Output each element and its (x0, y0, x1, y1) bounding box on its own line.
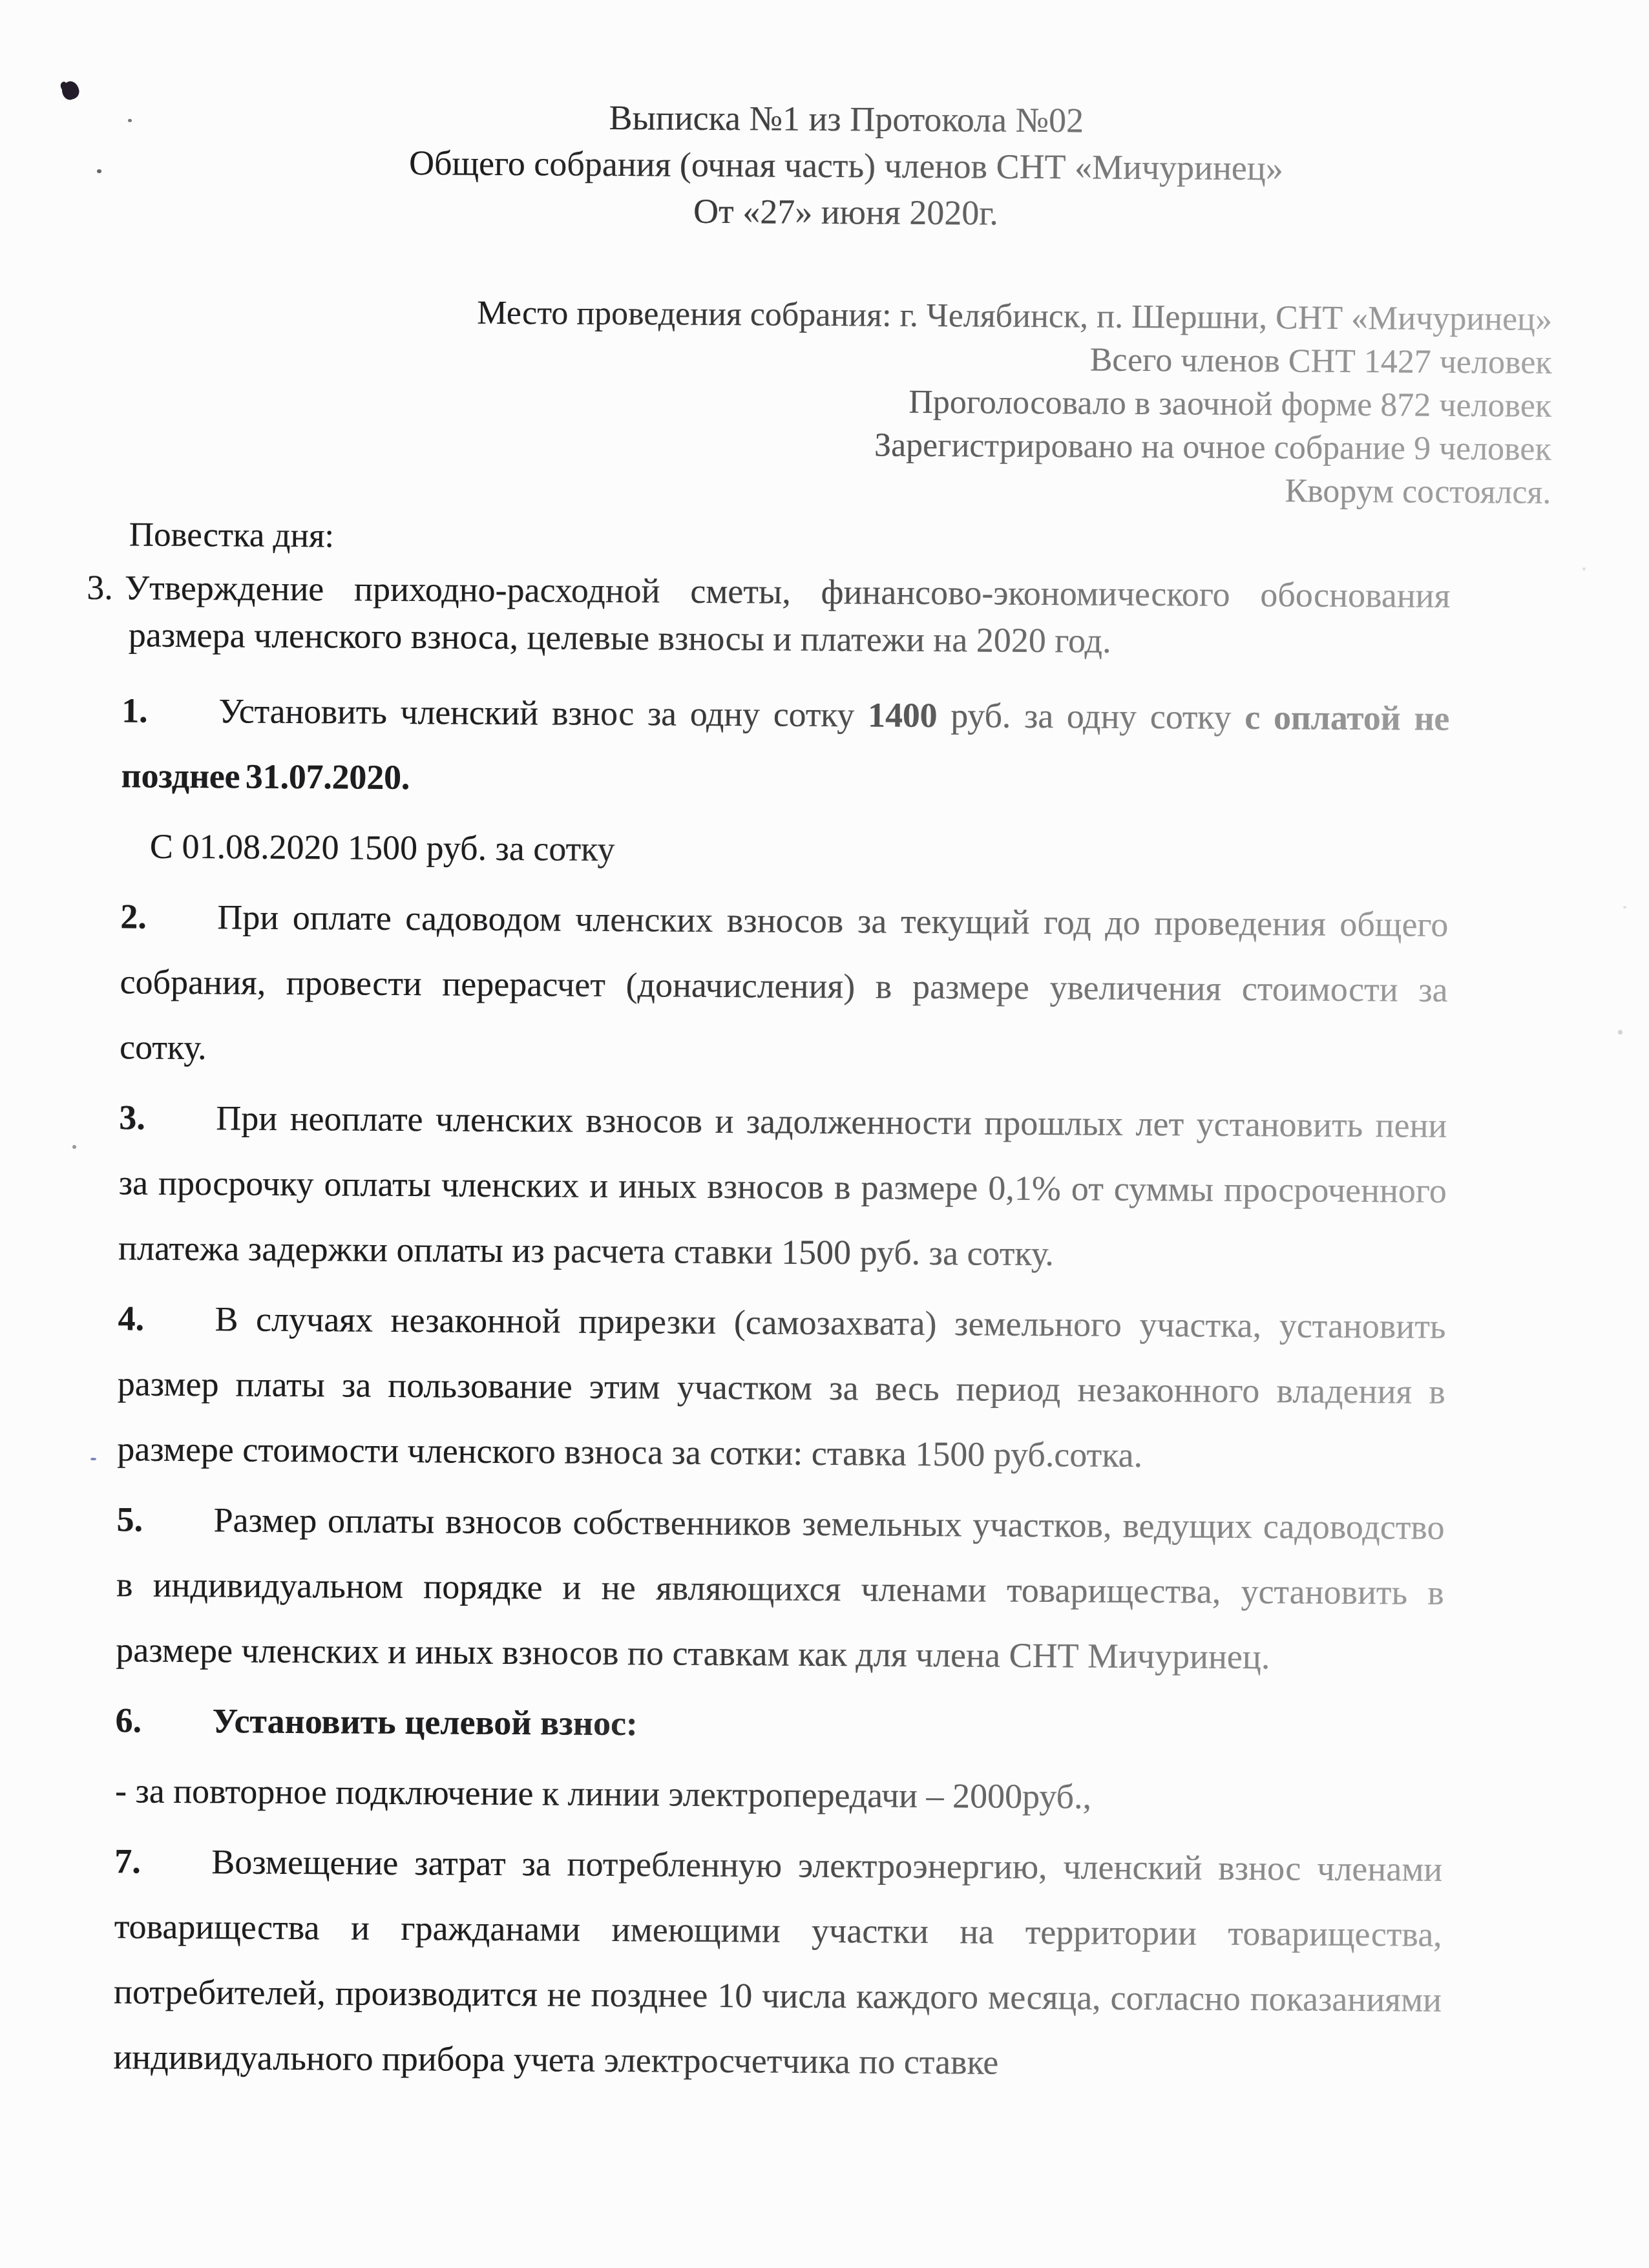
registered-in-person: Зарегистрировано на очное собрание 9 чел… (191, 419, 1551, 471)
resolution-6-number: 6. (115, 1688, 213, 1754)
resolution-1-subline: С 01.08.2020 1500 руб. за сотку (121, 814, 1449, 887)
resolution-4-number: 4. (118, 1286, 215, 1352)
scan-speck (1078, 1321, 1081, 1324)
resolution-7: 7.Возмещение затрат за потребленную элек… (113, 1829, 1442, 2098)
document-sheet: Выписка №1 из Протокола №02 Общего собра… (0, 0, 1649, 2268)
resolution-1-text-2: руб. за одну сотку (937, 696, 1245, 737)
resolution-3: 3.При неоплате членских взносов и задолж… (118, 1085, 1447, 1289)
scan-speck (1623, 906, 1626, 908)
resolution-1-amount: 1400 (868, 695, 938, 735)
total-members: Всего членов СНТ 1427 человек (191, 333, 1551, 384)
resolution-3-text: При неоплате членских взносов и задолжен… (118, 1098, 1447, 1273)
agenda-item-number: 3. (87, 568, 113, 607)
resolution-5: 5.Размер оплаты взносов собственников зе… (116, 1487, 1445, 1691)
resolution-6-text: Установить целевой взнос: (213, 1701, 638, 1743)
meeting-location: Место проведения собрания: г. Челябинск,… (192, 289, 1552, 341)
scan-speck (72, 1145, 76, 1149)
resolution-1: 1.Установить членский взнос за одну сотк… (121, 678, 1449, 817)
resolution-7-number: 7. (114, 1829, 212, 1895)
quorum-status: Кворум состоялся. (191, 463, 1551, 514)
resolution-4: 4.В случаях незаконной прирезки (самозах… (117, 1286, 1446, 1490)
document-title: Выписка №1 из Протокола №02 Общего собра… (0, 90, 1648, 240)
title-line-3: От «27» июня 2020г. (44, 184, 1648, 240)
meeting-meta: Место проведения собрания: г. Челябинск,… (0, 288, 1647, 515)
scan-speck (90, 1458, 96, 1460)
resolutions: 1.Установить членский взнос за одну сотк… (113, 678, 1449, 2098)
scanned-document-page: Выписка №1 из Протокола №02 Общего собра… (0, 0, 1649, 2268)
resolution-4-text: В случаях незаконной прирезки (самозахва… (117, 1299, 1446, 1475)
scan-speck (128, 119, 132, 122)
scan-speck (97, 169, 101, 173)
absentee-votes: Проголосовало в заочной форме 872 челове… (191, 376, 1551, 428)
resolution-6: 6.Установить целевой взнос: (115, 1688, 1444, 1761)
resolution-1-text: Установить членский взнос за одну сотку (218, 691, 868, 734)
resolution-5-text: Размер оплаты взносов собственников земе… (116, 1500, 1445, 1676)
resolution-5-number: 5. (116, 1487, 214, 1553)
agenda-heading: Повестка дня: (0, 512, 1646, 566)
scan-speck (1582, 567, 1586, 571)
resolution-6-subline: - за повторное подключение к линии элект… (115, 1758, 1444, 1832)
resolution-2-text: При оплате садоводом членских взносов за… (120, 898, 1449, 1067)
resolution-1-number: 1. (121, 678, 219, 744)
resolution-2-number: 2. (120, 884, 218, 950)
agenda-item-3: 3.Утверждение приходно-расходной сметы, … (87, 564, 1451, 667)
resolution-7-text: Возмещение затрат за потребленную электр… (113, 1842, 1442, 2081)
resolution-2: 2.При оплате садоводом членских взносов … (120, 884, 1449, 1088)
resolution-3-number: 3. (119, 1085, 216, 1151)
scan-speck (1618, 1030, 1623, 1034)
agenda-item-text: Утверждение приходно-расходной сметы, фи… (125, 568, 1451, 660)
